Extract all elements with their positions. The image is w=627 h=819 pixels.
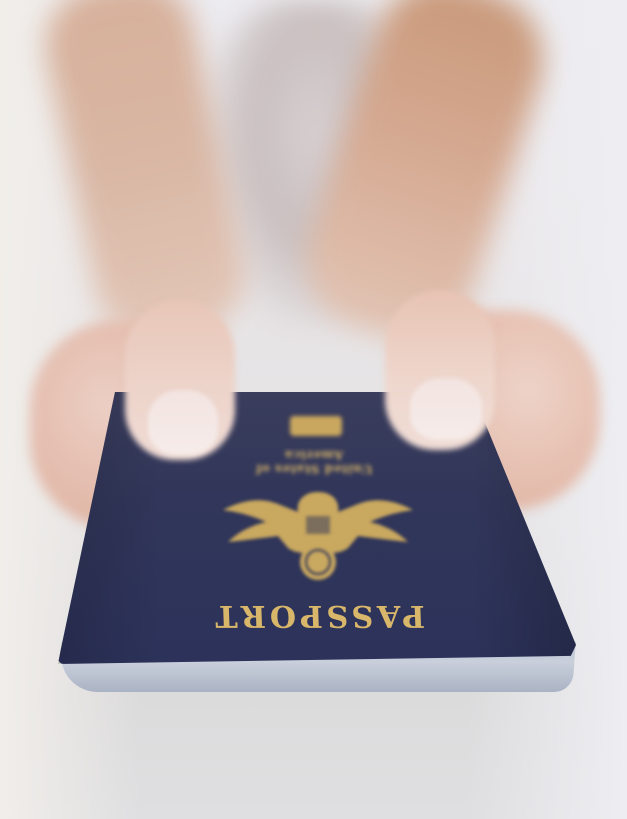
passport-title: PASSPORT — [167, 598, 468, 633]
passport-subtitle: United States of America — [226, 444, 402, 476]
chip-symbol-icon — [290, 416, 342, 436]
left-thumbnail — [148, 390, 218, 455]
right-thumbnail — [410, 378, 482, 440]
eagle-seal-icon — [218, 482, 418, 582]
